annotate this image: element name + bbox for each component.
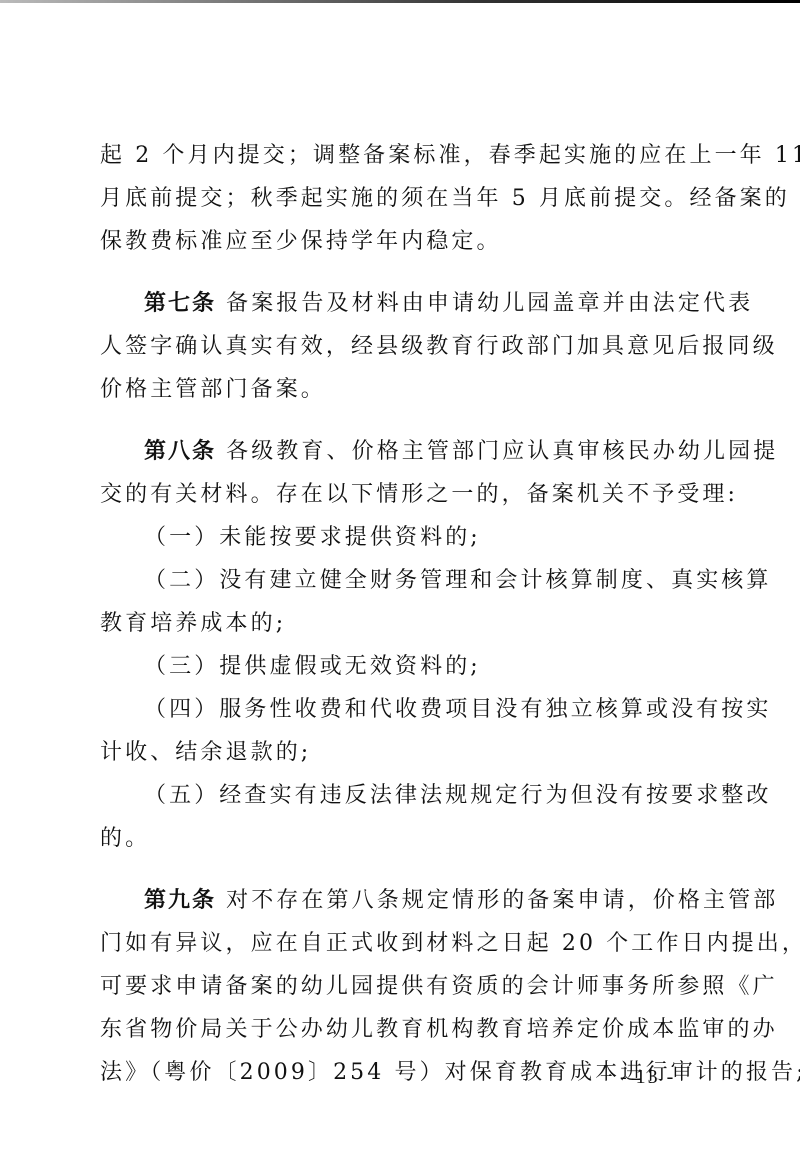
text-line: （五）经查实有违反法律法规规定行为但没有按要求整改 [100, 774, 700, 817]
text-line: （二）没有建立健全财务管理和会计核算制度、真实核算 [100, 559, 700, 602]
list-item-4: （四）服务性收费和代收费项目没有独立核算或没有按实 计收、结余退款的; [100, 688, 700, 774]
text-line: 价格主管部门备案。 [100, 368, 700, 411]
list-item-5: （五）经查实有违反法律法规规定行为但没有按要求整改 的。 [100, 774, 700, 860]
article-text: 备案报告及材料由申请幼儿园盖章并由法定代表 [226, 291, 753, 316]
text-line: （四）服务性收费和代收费项目没有独立核算或没有按实 [100, 688, 700, 731]
list-item-3: （三）提供虚假或无效资料的; [100, 645, 700, 688]
text-line: 门如有异议，应在自正式收到材料之日起 20 个工作日内提出， [100, 922, 700, 965]
article-label: 第九条 [144, 888, 216, 913]
text-line: 保教费标准应至少保持学年内稳定。 [100, 220, 700, 263]
article-8: 第八条 各级教育、价格主管部门应认真审核民办幼儿园提 交的有关材料。存在以下情形… [100, 430, 700, 860]
text-line: 东省物价局关于公办幼儿教育机构教育培养定价成本监审的办 [100, 1008, 700, 1051]
text-line: 法》（粤价〔2009〕254 号）对保育教育成本进行审计的报告; [100, 1051, 700, 1094]
page-number: - 13 - [620, 1066, 675, 1089]
article-text: 各级教育、价格主管部门应认真审核民办幼儿园提 [226, 439, 778, 464]
text-line: 交的有关材料。存在以下情形之一的，备案机关不予受理: [100, 473, 700, 516]
text-line: 可要求申请备案的幼儿园提供有资质的会计师事务所参照《广 [100, 965, 700, 1008]
scan-top-edge [0, 0, 800, 3]
article-label: 第八条 [144, 439, 216, 464]
text-line: 教育培养成本的; [100, 602, 700, 645]
text-line: 计收、结余退款的; [100, 731, 700, 774]
text-line: 人签字确认真实有效，经县级教育行政部门加具意见后报同级 [100, 325, 700, 368]
article-7: 第七条 备案报告及材料由申请幼儿园盖章并由法定代表 人签字确认真实有效，经县级教… [100, 282, 700, 411]
article-label: 第七条 [144, 291, 216, 316]
text-line: 的。 [100, 817, 700, 860]
text-line: 起 2 个月内提交；调整备案标准，春季起实施的应在上一年 11 [100, 134, 700, 177]
article-text: 对不存在第八条规定情形的备案申请，价格主管部 [226, 888, 778, 913]
list-item-2: （二）没有建立健全财务管理和会计核算制度、真实核算 教育培养成本的; [100, 559, 700, 645]
continuation-paragraph: 起 2 个月内提交；调整备案标准，春季起实施的应在上一年 11 月底前提交；秋季… [100, 134, 700, 263]
text-line: 第九条 对不存在第八条规定情形的备案申请，价格主管部 [100, 879, 700, 922]
text-line: 月底前提交；秋季起实施的须在当年 5 月底前提交。经备案的 [100, 177, 700, 220]
list-item-1: （一）未能按要求提供资料的; [100, 516, 700, 559]
article-9: 第九条 对不存在第八条规定情形的备案申请，价格主管部 门如有异议，应在自正式收到… [100, 879, 700, 1094]
document-body: 起 2 个月内提交；调整备案标准，春季起实施的应在上一年 11 月底前提交；秋季… [100, 134, 700, 1094]
text-line: 第八条 各级教育、价格主管部门应认真审核民办幼儿园提 [100, 430, 700, 473]
text-line: 第七条 备案报告及材料由申请幼儿园盖章并由法定代表 [100, 282, 700, 325]
